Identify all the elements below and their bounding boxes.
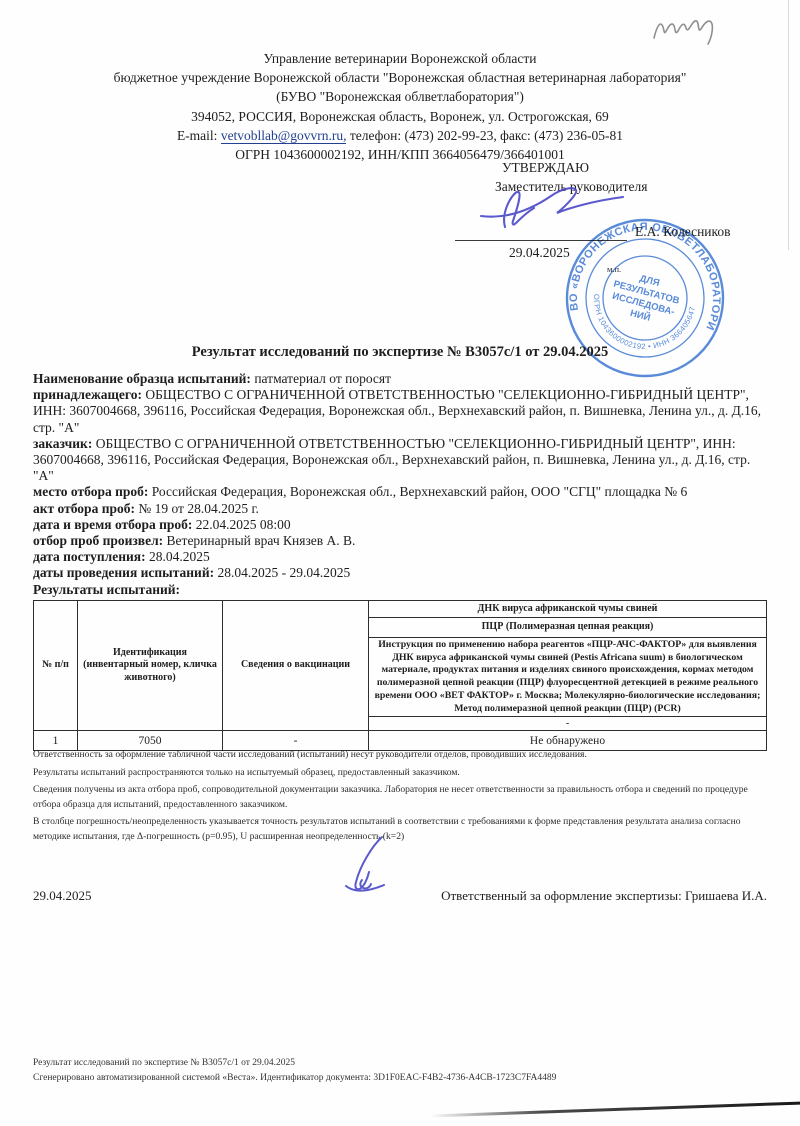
detail-value: Российская Федерация, Воронежская обл., … (152, 484, 687, 499)
org-contacts: E-mail: vetvobllab@govvrn.ru, телефон: (… (40, 126, 760, 145)
detail-label: дата и время отбора проб: (33, 517, 192, 532)
stamp-center-line2: РЕЗУЛЬТАТОВ (612, 279, 680, 307)
document-page: Управление ветеринарии Воронежской облас… (0, 0, 800, 1126)
org-header: Управление ветеринарии Воронежской облас… (40, 49, 760, 164)
footnotes: Ответственность за оформление табличной … (33, 748, 767, 848)
detail-results-heading: Результаты испытаний: (33, 582, 767, 598)
detail-sampling-act: акт отбора проб: № 19 от 28.04.2025 г. (33, 501, 767, 517)
stamp-place-mark: м.п. (607, 264, 621, 274)
detail-label: Наименование образца испытаний: (33, 371, 251, 386)
email-link[interactable]: vetvobllab@govvrn.ru, (221, 128, 347, 144)
org-short-name: (БУВО "Воронежская облветлаборатория") (40, 87, 760, 106)
detail-value: 22.04.2025 08:00 (196, 517, 291, 532)
detail-receipt-date: дата поступления: 28.04.2025 (33, 549, 767, 565)
detail-label: место отбора проб: (33, 484, 148, 499)
stamp-center-line4: НИЙ (629, 307, 652, 324)
document-footer: Результат исследований по экспертизе № В… (33, 1056, 767, 1086)
detail-label: отбор проб произвел: (33, 533, 163, 548)
test-method-short-cell: ПЦР (Полимеразная цепная реакция) (369, 618, 767, 638)
detail-test-dates: даты проведения испытаний: 28.04.2025 - … (33, 565, 767, 581)
detail-value: ОБЩЕСТВО С ОГРАНИЧЕННОЙ ОТВЕТСТВЕННОСТЬЮ… (33, 436, 750, 483)
test-name-cell: ДНК вируса африканской чумы свиней (369, 601, 767, 618)
detail-sample-name: Наименование образца испытаний: патматер… (33, 371, 767, 387)
footnote-3: Сведения получены из акта отбора проб, с… (33, 783, 767, 812)
detail-value: ОБЩЕСТВО С ОГРАНИЧЕННОЙ ОТВЕТСТВЕННОСТЬЮ… (33, 387, 761, 434)
detail-label: принадлежащего: (33, 387, 142, 402)
footer-expertise-ref: Результат исследований по экспертизе № В… (33, 1056, 767, 1071)
email-label: E-mail: (177, 128, 218, 143)
pencil-note-icon (648, 6, 734, 50)
phone-fax: телефон: (473) 202-99-23, факс: (473) 23… (350, 128, 623, 143)
org-authority: Управление ветеринарии Воронежской облас… (40, 49, 760, 68)
bottom-sign-row: 29.04.2025 Ответственный за оформление э… (33, 888, 767, 904)
detail-sampling-datetime: дата и время отбора проб: 22.04.2025 08:… (33, 517, 767, 533)
detail-value: патматериал от поросят (254, 371, 391, 386)
org-address: 394052, РОССИЯ, Воронежская область, Вор… (40, 107, 760, 126)
footnote-1: Ответственность за оформление табличной … (33, 748, 767, 763)
col-header-identification: Идентификация (инвентарный номер, кличка… (78, 601, 223, 731)
footnote-2: Результаты испытаний распространяются то… (33, 766, 767, 781)
stamp-center-line3: ИССЛЕДОВА- (611, 291, 676, 318)
detail-label: акт отбора проб: (33, 501, 135, 516)
scan-edge-line (788, 0, 789, 250)
results-table: № п/п Идентификация (инвентарный номер, … (33, 600, 767, 751)
scan-artifact-line (430, 1102, 800, 1118)
detail-sampler: отбор проб произвел: Ветеринарный врач К… (33, 533, 767, 549)
detail-owner: принадлежащего: ОБЩЕСТВО С ОГРАНИЧЕННОЙ … (33, 387, 767, 436)
detail-value: № 19 от 28.04.2025 г. (138, 501, 259, 516)
responsible-signature-icon (338, 834, 413, 896)
approver-name: Е.А. Колесников (635, 223, 731, 241)
responsible-person: Ответственный за оформление экспертизы: … (441, 888, 767, 904)
stamp-center-line1: ДЛЯ (638, 273, 661, 289)
uncertainty-cell: - (369, 717, 767, 731)
col-header-vaccination: Сведения о вакцинации (223, 601, 369, 731)
detail-label: дата поступления: (33, 549, 146, 564)
approver-signature-icon (477, 183, 627, 231)
detail-label: заказчик: (33, 436, 92, 451)
detail-value: 28.04.2025 - 29.04.2025 (217, 565, 350, 580)
approval-date: 29.04.2025 (509, 244, 775, 262)
page-title: Результат исследований по экспертизе № В… (33, 344, 767, 361)
detail-value: Ветеринарный врач Князев А. В. (167, 533, 356, 548)
detail-sampling-place: место отбора проб: Российская Федерация,… (33, 484, 767, 500)
col-header-num: № п/п (34, 601, 78, 731)
test-method-full-cell: Инструкция по применению набора реагенто… (369, 638, 767, 717)
detail-value: 28.04.2025 (149, 549, 210, 564)
detail-label: даты проведения испытаний: (33, 565, 214, 580)
approval-block: УТВЕРЖДАЮ Заместитель руководителя Е.А. … (455, 159, 775, 262)
sample-details: Наименование образца испытаний: патматер… (33, 371, 767, 598)
org-name: бюджетное учреждение Воронежской области… (40, 68, 760, 87)
bottom-date: 29.04.2025 (33, 888, 92, 904)
detail-label: Результаты испытаний: (33, 582, 180, 597)
detail-customer: заказчик: ОБЩЕСТВО С ОГРАНИЧЕННОЙ ОТВЕТС… (33, 436, 767, 485)
approve-word: УТВЕРЖДАЮ (502, 159, 775, 177)
footer-generated-by: Сгенерировано автоматизированной системо… (33, 1071, 767, 1086)
results-table-wrap: № п/п Идентификация (инвентарный номер, … (33, 600, 767, 751)
